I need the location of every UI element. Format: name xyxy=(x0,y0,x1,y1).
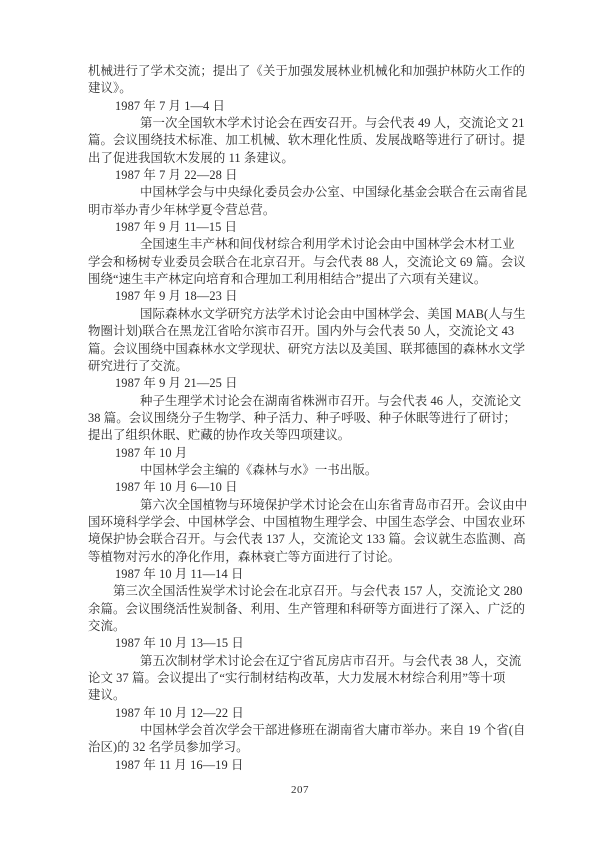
text-line: 篇。会议围绕中国森林水文学现状、研究方法以及美国、联邦德国的森林水文学 xyxy=(88,341,520,358)
text-line: 境保护协会联合召开。与会代表 137 人，交流论文 133 篇。会议就生态监测、… xyxy=(88,531,520,548)
text-line: 38 篇。会议围绕分子生物学、种子活力、种子呼吸、种子休眠等进行了研讨； xyxy=(88,410,520,427)
text-line: 提出了组织休眠、贮藏的协作攻关等四项建议。 xyxy=(88,427,520,444)
text-line: 中国林学会与中央绿化委员会办公室、中国绿化基金会联合在云南省昆 xyxy=(88,184,520,201)
book-page: 机械进行了学术交流；提出了《关于加强发展林业机械化和加强护林防火工作的建议》。1… xyxy=(0,0,600,848)
text-line: 第六次全国植物与环境保护学术讨论会在山东省青岛市召开。会议由中 xyxy=(88,497,520,514)
date-line: 1987 年 7 月 22—28 日 xyxy=(88,167,520,184)
text-line: 中国林学会首次学会干部进修班在湖南省大庸市举办。来自 19 个省(自 xyxy=(88,722,520,739)
page-number: 207 xyxy=(0,784,600,796)
text-line: 建议。 xyxy=(88,687,520,704)
text-line: 国际森林水文学研究方法学术讨论会由中国林学会、美国 MAB(人与生 xyxy=(88,306,520,323)
text-line: 出了促进我国软木发展的 11 条建议。 xyxy=(88,150,520,167)
text-line: 余篇。会议围绕活性炭制备、利用、生产管理和科研等方面进行了深入、广泛的 xyxy=(88,601,520,618)
text-line: 治区)的 32 名学员参加学习。 xyxy=(88,739,520,756)
date-line: 1987 年 10 月 6—10 日 xyxy=(88,479,520,496)
text-line: 学会和杨树专业委员会联合在北京召开。与会代表 88 人，交流论文 69 篇。会议 xyxy=(88,254,520,271)
text-line: 种子生理学术讨论会在湖南省株洲市召开。与会代表 46 人，交流论文 xyxy=(88,393,520,410)
text-line: 中国林学会主编的《森林与水》一书出版。 xyxy=(88,462,520,479)
text-line: 第三次全国活性炭学术讨论会在北京召开。与会代表 157 人，交流论文 280 xyxy=(88,583,520,600)
text-line: 国环境科学学会、中国林学会、中国植物生理学会、中国生态学会、中国农业环 xyxy=(88,514,520,531)
text-line: 第一次全国软木学术讨论会在西安召开。与会代表 49 人，交流论文 21 xyxy=(88,115,520,132)
date-line: 1987 年 11 月 16—19 日 xyxy=(88,757,520,774)
text-line: 物圈计划)联合在黑龙江省哈尔滨市召开。国内外与会代表 50 人，交流论文 43 xyxy=(88,323,520,340)
text-line: 研究进行了交流。 xyxy=(88,358,520,375)
text-line: 第五次制材学术讨论会在辽宁省瓦房店市召开。与会代表 38 人，交流 xyxy=(88,653,520,670)
date-line: 1987 年 10 月 11—14 日 xyxy=(88,566,520,583)
text-line: 篇。会议围绕技术标准、加工机械、软木理化性质、发展战略等进行了研讨。提 xyxy=(88,132,520,149)
date-line: 1987 年 7 月 1—4 日 xyxy=(88,98,520,115)
text-line: 围绕“速生丰产林定向培育和合理加工利用相结合”提出了六项有关建议。 xyxy=(88,271,520,288)
text-line: 交流。 xyxy=(88,618,520,635)
text-line: 等植物对污水的净化作用，森林衰亡等方面进行了讨论。 xyxy=(88,549,520,566)
page-body: 机械进行了学术交流；提出了《关于加强发展林业机械化和加强护林防火工作的建议》。1… xyxy=(88,63,520,774)
date-line: 1987 年 9 月 21—25 日 xyxy=(88,375,520,392)
date-line: 1987 年 10 月 12—22 日 xyxy=(88,705,520,722)
date-line: 1987 年 10 月 13—15 日 xyxy=(88,635,520,652)
date-line: 1987 年 10 月 xyxy=(88,445,520,462)
text-line: 全国速生丰产林和间伐材综合利用学术讨论会由中国林学会木材工业 xyxy=(88,236,520,253)
text-line: 建议》。 xyxy=(88,80,520,97)
text-line: 论文 37 篇。会议提出了“实行制材结构改革，大力发展木材综合利用”等十项 xyxy=(88,670,520,687)
text-line: 机械进行了学术交流；提出了《关于加强发展林业机械化和加强护林防火工作的 xyxy=(88,63,520,80)
date-line: 1987 年 9 月 18—23 日 xyxy=(88,288,520,305)
text-line: 明市举办青少年林学夏令营总营。 xyxy=(88,202,520,219)
date-line: 1987 年 9 月 11—15 日 xyxy=(88,219,520,236)
